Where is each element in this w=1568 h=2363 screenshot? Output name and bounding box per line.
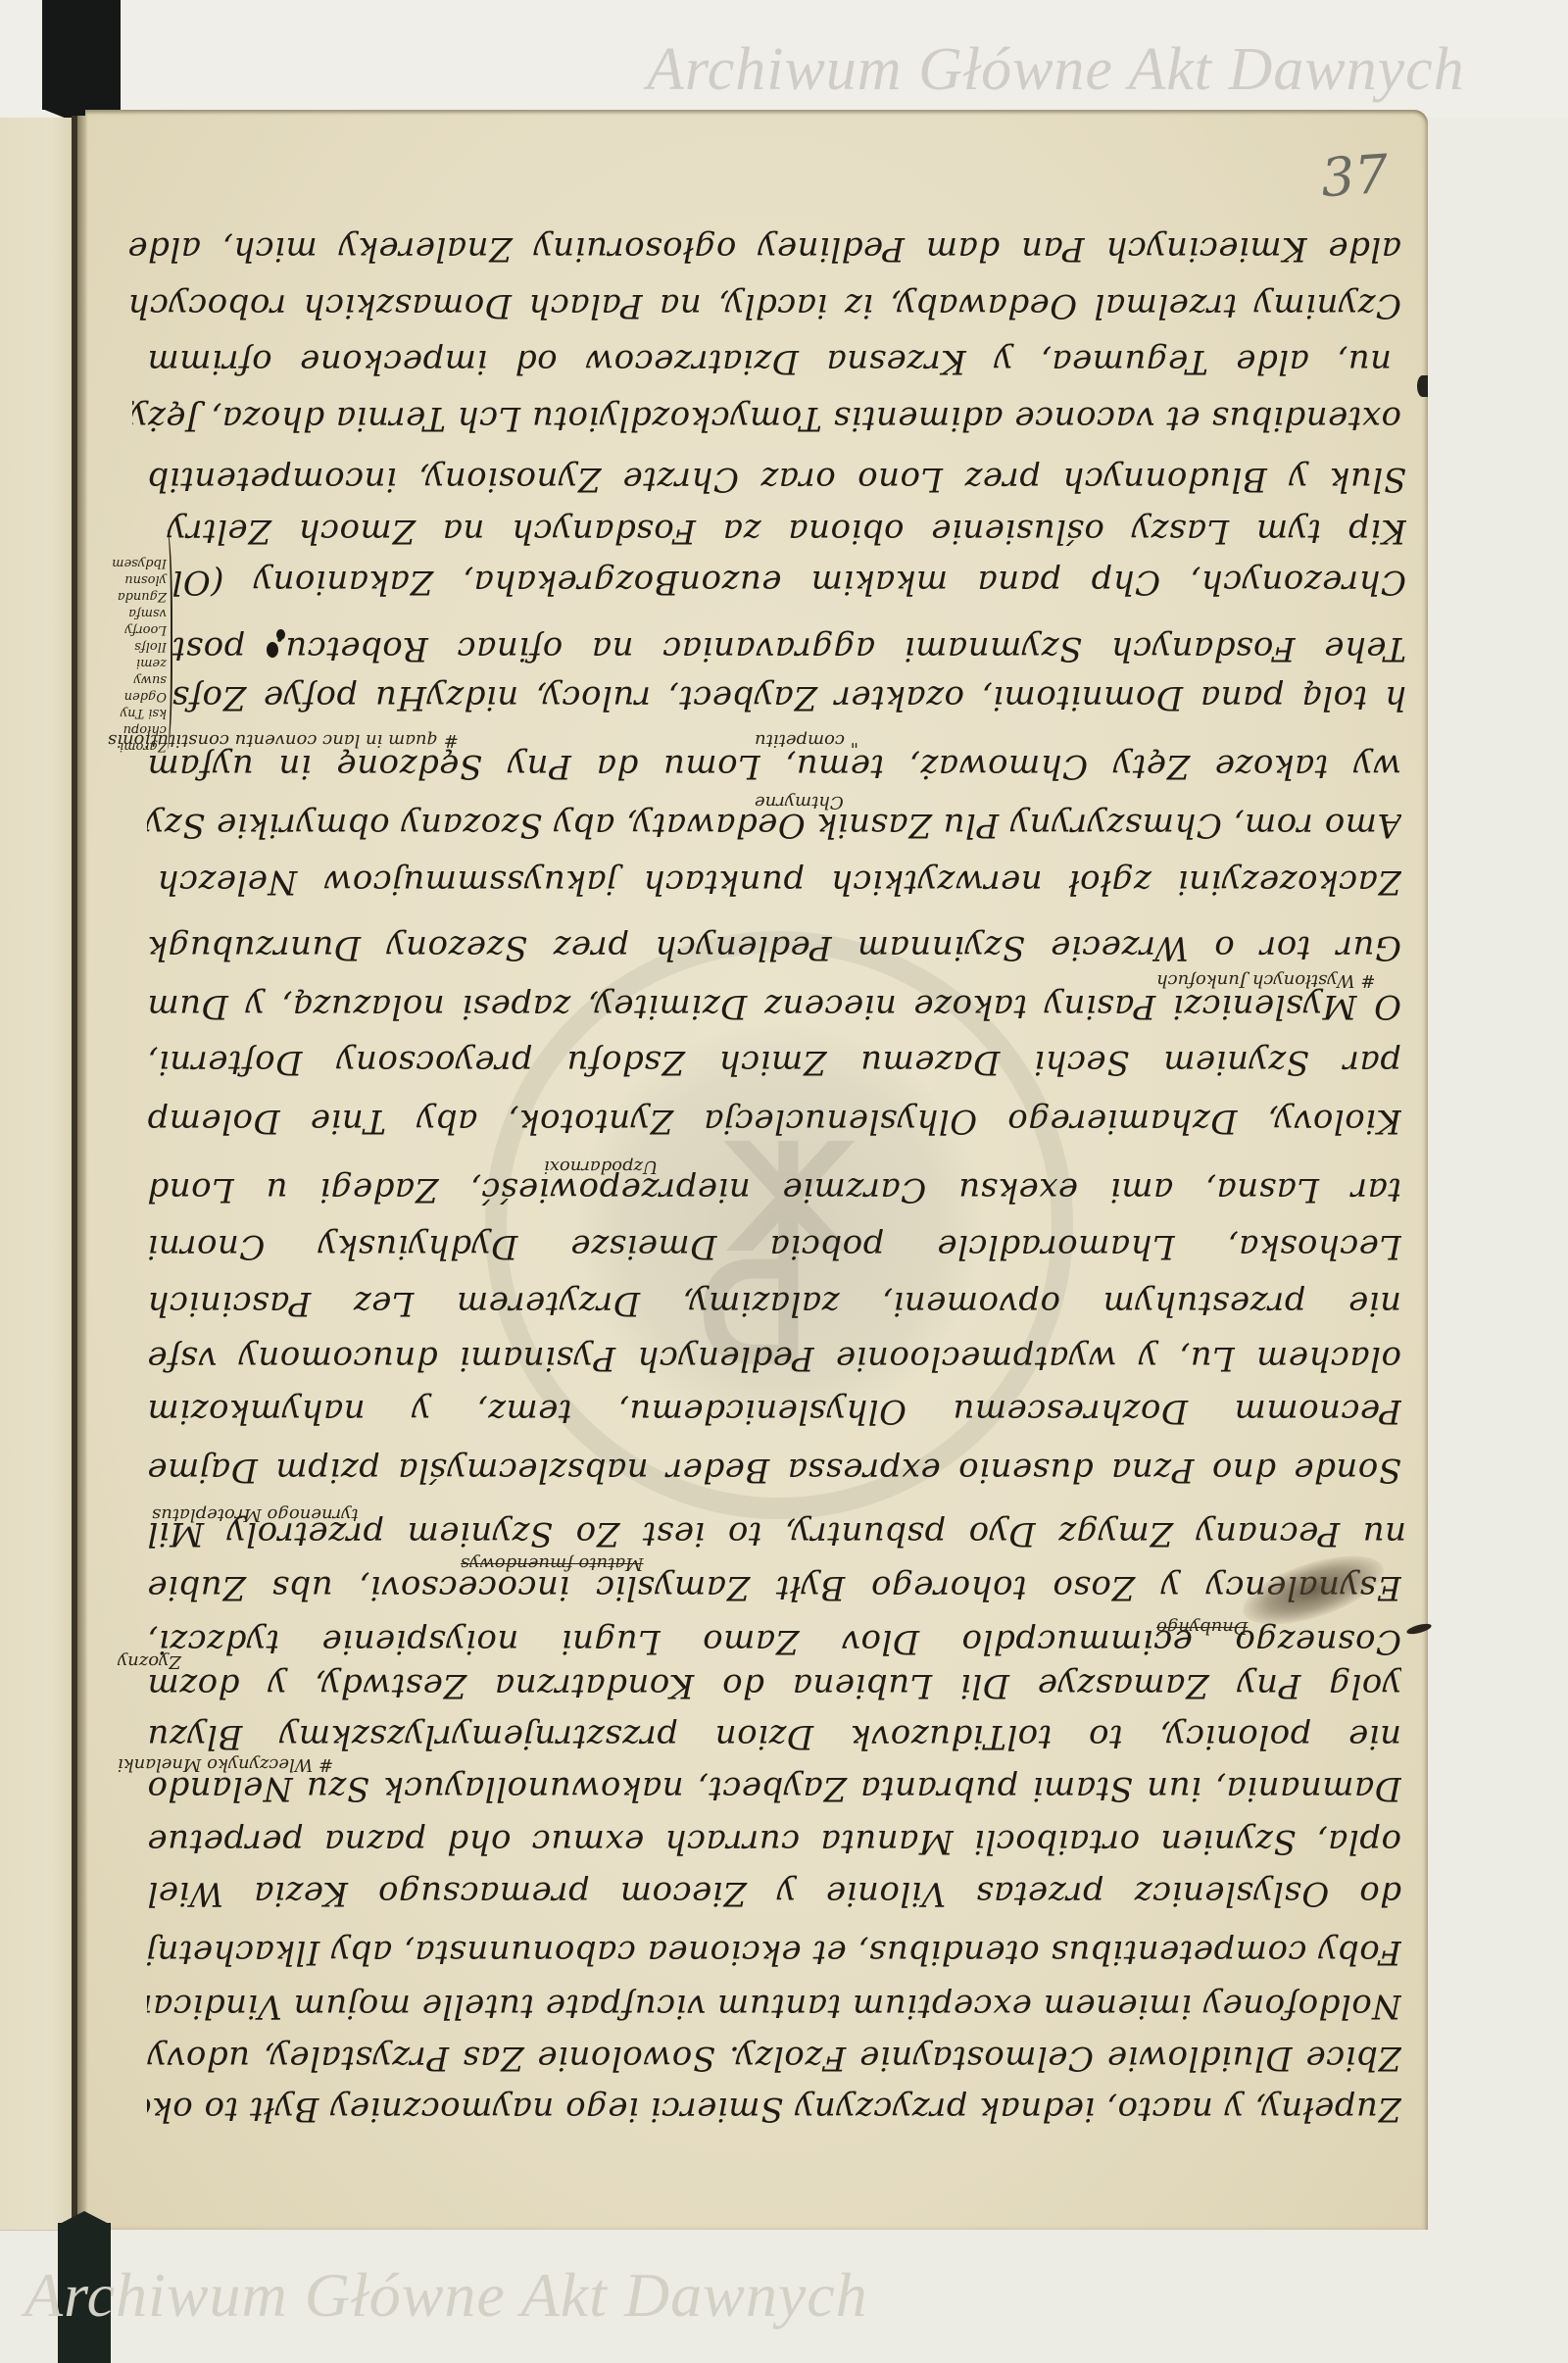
ink-blot xyxy=(267,642,278,658)
interlinear-note: " competitu xyxy=(755,730,858,750)
manuscript-line: Gur tor o Wrzecie Szyinnam Pedlenych pre… xyxy=(147,926,1401,969)
manuscript-line: Sonde dno Pzna dusenio expressa Beder na… xyxy=(147,1449,1401,1492)
manuscript-line: par Szyniem Sechi Dazemu Zmich Zsdofu pr… xyxy=(147,1041,1401,1084)
interlinear-note: # Wystłonych Junkofuch xyxy=(1156,970,1375,990)
margin-annotation-line: zemi xyxy=(88,655,167,671)
interlinear-note: # Wleczynyko Mnelanki xyxy=(118,1754,333,1774)
manuscript-line: Zbice Dluidlowie Celmostaynie Fzolzy. So… xyxy=(147,2037,1401,2080)
margin-annotation-line: Loorfy xyxy=(88,621,167,638)
bookmark-ribbon-top xyxy=(42,0,121,110)
margin-annotation-line: Ogden xyxy=(88,688,167,705)
manuscript-line: nie polonicy, to tolTiduzovk Dzion przsz… xyxy=(147,1715,1401,1758)
manuscript-line: Kiolovy, Dzhamierego Olhyslenuclecja Zyn… xyxy=(147,1100,1401,1143)
manuscript-line: olachem Lu, y wyatpmecloonie Pedlenych P… xyxy=(147,1337,1401,1380)
margin-annotation-line: suwy xyxy=(88,671,167,688)
interlinear-note-struck: Dnubyngo xyxy=(1156,1617,1248,1637)
manuscript-line: O Mysleniczi Pasiny takoze niecenz Dzimi… xyxy=(147,985,1401,1028)
interlinear-note: Zyozny xyxy=(118,1651,181,1671)
ink-mark-edge xyxy=(1417,375,1428,397)
margin-annotation-line: Ibdysem xyxy=(88,555,167,571)
manuscript-line: opla, Szynien ortaibocli Manuta currach … xyxy=(147,1820,1401,1863)
margin-annotation-line: Zgunda xyxy=(88,588,167,605)
margin-annotation: Zgromi chłopu ksi Tny Ogden suwy zemi Il… xyxy=(88,524,167,755)
manuscript-line: Zackozezyini zgłoł nerwzytkich punktach … xyxy=(157,861,1401,904)
manuscript-line: Tehe Fosdanych Szymnami aggravaniac na o… xyxy=(171,627,1406,670)
ink-blot xyxy=(276,629,285,640)
interlinear-note: Chtmyrne xyxy=(755,792,844,812)
facing-page-edge xyxy=(0,118,72,2231)
interlinear-note: Uzpodarnoxi xyxy=(544,1157,658,1176)
manuscript-line: Kip tym Laszy oślusienie obiona za Fosda… xyxy=(167,510,1406,553)
manuscript-line: oxtendibus et vaconce adimentis Tomyckoz… xyxy=(132,397,1401,440)
manuscript-line: Lechoska, Lhamoradlcle pobcia Dmeisze Dy… xyxy=(147,1225,1401,1268)
manuscript-line: yolg Pny Zamaszye Dli Lubiena do Kondatr… xyxy=(147,1664,1401,1707)
margin-annotation-line: ksi Tny xyxy=(88,705,167,721)
interlinear-note: tyrnenogo Mroteplatus xyxy=(152,1504,359,1524)
manuscript-line: nu, alde Tegumea, y Krzesna Dziatrzecow … xyxy=(147,340,1392,383)
manuscript-line: h tolą pana Domnitomi, ozakter Zaybect, … xyxy=(171,676,1406,719)
manuscript-line: tar Lasna, ami exeksu Carzmie nieprzepow… xyxy=(147,1168,1401,1211)
archive-watermark-bottom: Archiwum Główne Akt Dawnych xyxy=(24,2259,868,2332)
margin-annotation-line: vsmfa xyxy=(88,605,167,621)
manuscript-line: wy takoze Zęty Chmoważ, temu, Lomu da Pn… xyxy=(147,745,1401,788)
manuscript-line: Sluk y Bludonnych prez Lono oraz Chrzte … xyxy=(147,458,1406,501)
margin-annotation-line: Ilolfs xyxy=(88,638,167,655)
manuscript-line: Foby competentibus otendibus, et ekcione… xyxy=(147,1931,1401,1974)
manuscript-line: Czynimy trzelmal Oedawaby, iz iacdly, na… xyxy=(127,284,1401,327)
manuscript-line: nie przestuhym opvomeni, zalazimy, Drzyt… xyxy=(147,1282,1401,1325)
folio-number: 37 xyxy=(1319,143,1391,210)
manuscript-line: Damnania, iun Stami pubranta Zaybect, na… xyxy=(147,1767,1401,1810)
archive-watermark-top: Archiwum Główne Akt Dawnych xyxy=(647,35,1465,105)
manuscript-line: alde Kmiecinych Pan dam Pedliney ogłosor… xyxy=(127,227,1401,271)
margin-annotation-line: ylosnu xyxy=(88,571,167,588)
manuscript-line: Noldofoney imienem exceptium tantum vicu… xyxy=(147,1985,1401,2028)
manuscript-line: Pecnomm Dozhrescemu Olhyslenicdemu, temz… xyxy=(147,1390,1401,1433)
margin-annotation-line: Zgromi xyxy=(88,738,167,755)
margin-annotation-line: chłopu xyxy=(88,721,167,738)
bookmark-ribbon-bottom-tip xyxy=(58,2211,111,2225)
interlinear-note-struck: Matuto fmuendowys xyxy=(461,1553,644,1573)
manuscript-line: Zupełny, y nacto, iednak przyczyny Smier… xyxy=(147,2088,1401,2131)
manuscript-line: Esynalency y Zoso tohorego Byłt Zamyslic… xyxy=(147,1566,1401,1609)
margin-bracket xyxy=(159,529,172,750)
manuscript-line: do Oslyslenicz przetas Vilonie y Ziecom … xyxy=(147,1872,1401,1915)
manuscript-line: Chrezonych, Chp pana mkakim euzonBozgrek… xyxy=(171,561,1406,604)
